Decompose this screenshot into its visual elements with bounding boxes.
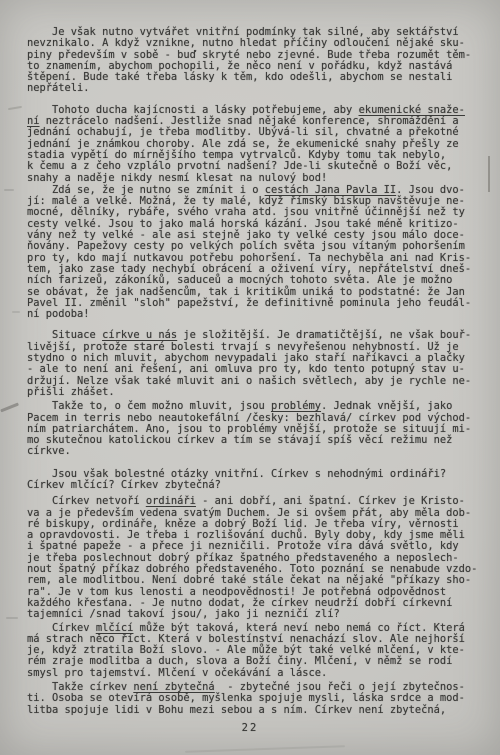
- text-segment: - ale to není ani řešení, ani omluva pro…: [27, 363, 465, 375]
- text-segment: Situace: [27, 329, 102, 341]
- text-line: mo skutečnou katolickou církev a tím se …: [27, 435, 490, 446]
- text-segment: se obávat, že jak nadšencům, tak i kriti…: [27, 286, 465, 298]
- text-segment: štěpení. Bude také třeba lásky k těm, kd…: [27, 71, 452, 83]
- text-line: Pavel II. změnil "sloh" papežství, že de…: [27, 298, 490, 309]
- paper-crease: [185, 745, 345, 752]
- text-segment: ňovány. Papežovy cesty po velkých polích…: [27, 240, 465, 252]
- paragraph: Takže to, o čem možno mluvit, jsou probl…: [27, 401, 490, 457]
- text-segment: Tohoto ducha kajícnosti a lásky potřebuj…: [27, 104, 359, 116]
- text-line: smysl pro tajemství. Mlčení v očekávání …: [27, 668, 490, 679]
- text-segment: je třeba poslechnout dobrý příkaz špatné…: [27, 552, 459, 564]
- text-segment: ti. Osoba se otevírá osobě, myšlenka spo…: [27, 692, 465, 704]
- text-line: štěpení. Bude také třeba lásky k těm, kd…: [27, 72, 490, 83]
- text-segment: může být taková, která neví nebo nemá co…: [133, 622, 465, 634]
- text-segment: ra". Je v tom kus lenosti a neodpovědnos…: [27, 586, 446, 598]
- paragraph: Tohoto ducha kajícnosti a lásky potřebuj…: [27, 105, 490, 184]
- text-line: ní podoba!: [27, 309, 490, 320]
- page-number: 22: [0, 722, 500, 734]
- text-segment: jednání ochabují, je třeba modlitby. Ubý…: [27, 126, 459, 138]
- paragraph: Takže církev není zbytečná - zbytečné js…: [27, 682, 490, 716]
- text-segment: va a je především vedena svatým Duchem. …: [27, 507, 471, 519]
- text-segment: i špatné papeže - a přece ji nezničili. …: [27, 540, 459, 552]
- paragraph: Církev netvoří ordináři - ani dobří, ani…: [27, 496, 490, 620]
- text-segment: nepřáteli.: [27, 82, 90, 94]
- underlined-phrase: ordináři: [146, 495, 196, 507]
- text-line: snahy a naděje nikdy nesmí klesat na nul…: [27, 173, 490, 184]
- text-segment: ních farizeů, zákoníků, saduceů a mocnýc…: [27, 274, 452, 286]
- text-segment: k čemu a z čeho vzplálo prvotní nadšení?…: [27, 160, 452, 172]
- text-segment: pro ty, kdo mají nutkavou potřebu pohorš…: [27, 252, 471, 264]
- text-segment: smysl pro tajemství. Mlčení v očekávání …: [27, 667, 327, 679]
- paragraph: Situace církve u nás je složitější. Je d…: [27, 330, 490, 398]
- text-segment: rém zraje modlitba a duch, slova a Boží …: [27, 655, 452, 667]
- text-segment: nevznikalo. A když vznikne, nutno hledat…: [27, 37, 465, 49]
- text-segment: Pavel II. změnil "sloh" papežství, že de…: [27, 297, 471, 309]
- text-segment: ní podoba!: [27, 308, 90, 320]
- text-line: tajemníci /snad takoví jsou/, jako ji ne…: [27, 609, 490, 620]
- text-segment: držují. Nelze však také mluvit ani o naš…: [27, 375, 471, 387]
- scanned-document-page: Je však nutno vytvářet vnitřní podmínky …: [0, 0, 500, 755]
- text-segment: Církev: [27, 622, 96, 634]
- text-segment: rem, ale modlitbou. Není dobré také stál…: [27, 574, 471, 586]
- text-segment: Církev mlčící? Církev zbytečná?: [27, 479, 221, 491]
- pencil-squiggle-mark: [8, 106, 22, 110]
- text-segment: jednání je známkou choroby. Ale zdá se, …: [27, 138, 459, 150]
- underlined-phrase: problémy: [271, 400, 321, 412]
- text-segment: Jsou však bolestné otázky vnitřní. Círke…: [27, 468, 446, 480]
- paragraph: Zdá se, že je nutno se zmínit i o cestác…: [27, 185, 490, 321]
- underlined-phrase: ekumenické snaže-: [359, 104, 465, 116]
- text-line: církve.: [27, 446, 490, 457]
- text-line: litba spojuje lidi v Bohu mezi sebou a s…: [27, 705, 490, 716]
- typewritten-text: Je však nutno vytvářet vnitřní podmínky …: [27, 27, 490, 716]
- scan-edge-line: [488, 156, 490, 192]
- text-segment: - ani dobří, ani špatní. Církev je Krist…: [196, 495, 465, 507]
- pencil-tick-mark: [0, 403, 19, 412]
- pencil-dash-mark: [6, 617, 18, 619]
- text-segment: Takže to, o čem možno mluvit, jsou: [27, 400, 271, 412]
- text-line: nepřáteli.: [27, 83, 490, 94]
- text-segment: církve.: [27, 445, 71, 457]
- text-segment: . Jednak vnější, jako: [321, 400, 452, 412]
- pencil-dash-mark: [12, 311, 20, 313]
- text-line: Církev mlčící? Církev zbytečná?: [27, 480, 490, 491]
- text-segment: litba spojuje lidi v Bohu mezi sebou a s…: [27, 704, 446, 716]
- text-segment: mo skutečnou katolickou církev a tím se …: [27, 434, 452, 446]
- underlined-phrase: mlčící: [96, 622, 134, 634]
- paragraph: Jsou však bolestné otázky vnitřní. Círke…: [27, 469, 490, 492]
- pencil-dash-mark: [4, 189, 14, 191]
- text-segment: Pacem in terris nebo neautokefální /česk…: [27, 412, 471, 424]
- paragraph: Církev mlčící může být taková, která nev…: [27, 623, 490, 679]
- text-segment: cesty velké. Jsou to jako malá horská ká…: [27, 218, 459, 230]
- text-segment: ním patriarchátem. Ano, jsou to problémy…: [27, 423, 471, 435]
- text-segment: Církev netvoří: [27, 495, 146, 507]
- text-segment: tajemníci /snad takoví jsou/, jako ji ne…: [27, 608, 340, 620]
- text-segment: snahy a naděje nikdy nesmí klesat na nul…: [27, 172, 327, 184]
- text-segment: mocné, dělníky, rybáře, svého vraha atd.…: [27, 206, 465, 218]
- underlined-phrase: církve u nás: [102, 329, 177, 341]
- text-segment: je složitější. Je dramatičtější, ne však…: [177, 329, 471, 341]
- text-line: přišli zhášet.: [27, 387, 490, 398]
- paragraph: Je však nutno vytvářet vnitřní podmínky …: [27, 27, 490, 95]
- text-segment: piny především v sobě - buď skryté nebo …: [27, 49, 471, 61]
- text-segment: livější, protože staré bolesti trvají s …: [27, 341, 459, 353]
- text-segment: přišli zhášet.: [27, 386, 115, 398]
